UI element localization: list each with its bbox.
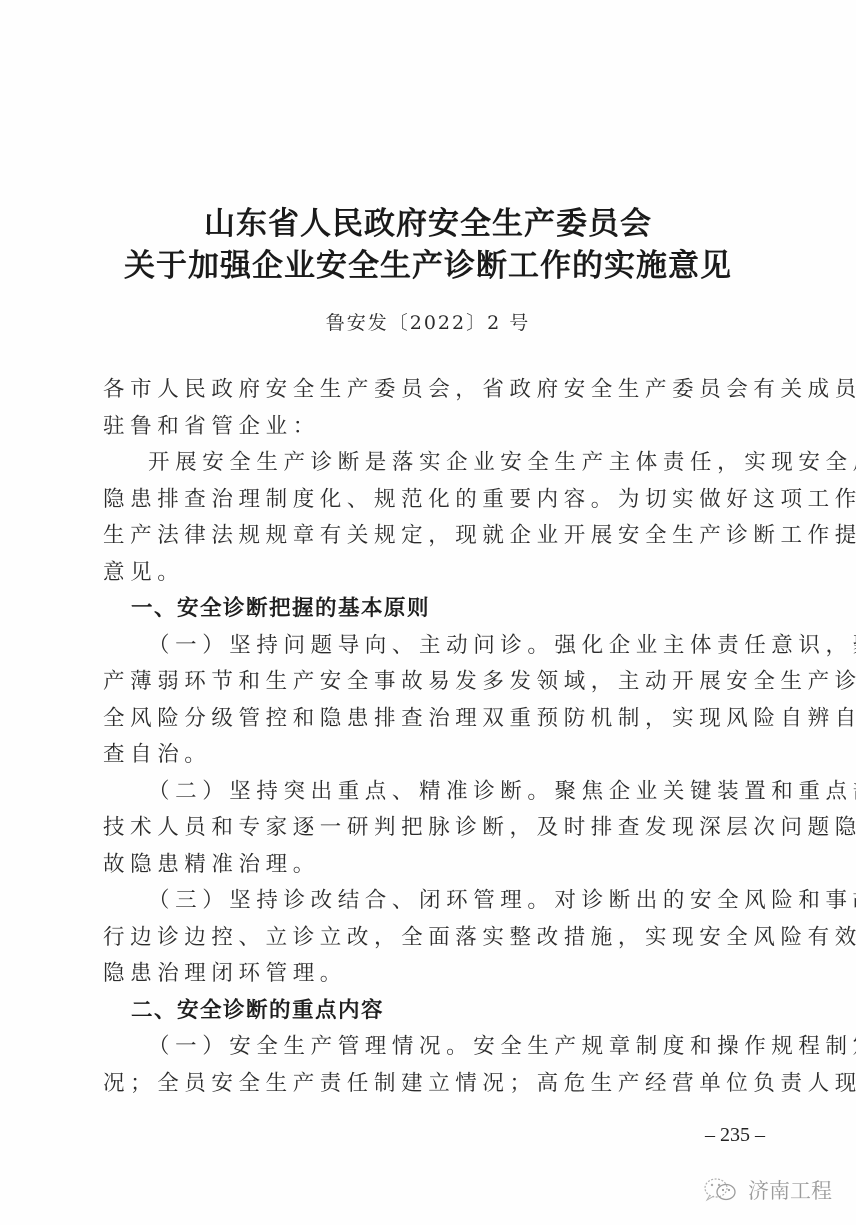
watermark-text: 济南工程: [748, 1175, 832, 1205]
wechat-icon: [702, 1175, 742, 1205]
section-heading-1: 一、安全诊断把握的基本原则: [103, 591, 765, 628]
paragraph-first-line: （一）安全生产管理情况。安全生产规章制度和操作规程制定及执行情: [103, 1029, 765, 1066]
page-number: – 235 –: [705, 1124, 765, 1147]
body-line: 隐患排查治理制度化、规范化的重要内容。为切实做好这项工作，根据安全: [103, 482, 765, 519]
document-title-line-2: 关于加强企业安全生产诊断工作的实施意见: [0, 240, 856, 285]
body-line: 查自治。: [103, 737, 765, 774]
document-number: 鲁安发〔2022〕2 号: [0, 308, 856, 335]
body-line: 生产法律法规规章有关规定，现就企业开展安全生产诊断工作提出如下实施: [103, 518, 765, 555]
section-heading-2: 二、安全诊断的重点内容: [103, 993, 765, 1030]
document-body: 各市人民政府安全生产委员会，省政府安全生产委员会有关成员单位，中央 驻鲁和省管企…: [103, 372, 765, 1102]
paragraph-first-line: （三）坚持诊改结合、闭环管理。对诊断出的安全风险和事故隐患，实: [103, 883, 765, 920]
paragraph-first-line: （一）坚持问题导向、主动问诊。强化企业主体责任意识，聚焦安全生: [103, 628, 765, 665]
body-line: 况；全员安全生产责任制建立情况；高危生产经营单位负责人现场带班制度: [103, 1066, 765, 1103]
body-line: 意见。: [103, 555, 765, 592]
body-line: 故隐患精准治理。: [103, 847, 765, 884]
document-title-line-1: 山东省人民政府安全生产委员会: [0, 198, 856, 243]
body-line: 各市人民政府安全生产委员会，省政府安全生产委员会有关成员单位，中央: [103, 372, 765, 409]
document-page: 山东省人民政府安全生产委员会 关于加强企业安全生产诊断工作的实施意见 鲁安发〔2…: [0, 0, 856, 1225]
body-line: 技术人员和专家逐一研判把脉诊断，及时排查发现深层次问题隐患，推进事: [103, 810, 765, 847]
body-line: 产薄弱环节和生产安全事故易发多发领域，主动开展安全生产诊断，完善安: [103, 664, 765, 701]
paragraph-first-line: （二）坚持突出重点、精准诊断。聚焦企业关键装置和重点部位，组织: [103, 774, 765, 811]
body-line: 驻鲁和省管企业：: [103, 409, 765, 446]
paragraph-first-line: 开展安全生产诊断是落实企业安全生产主体责任，实现安全风险管控和: [103, 445, 765, 482]
watermark: 济南工程: [702, 1175, 832, 1205]
body-line: 全风险分级管控和隐患排查治理双重预防机制，实现风险自辨自控、隐患自: [103, 701, 765, 738]
body-line: 行边诊边控、立诊立改，全面落实整改措施，实现安全风险有效管控和事故: [103, 920, 765, 957]
body-line: 隐患治理闭环管理。: [103, 956, 765, 993]
